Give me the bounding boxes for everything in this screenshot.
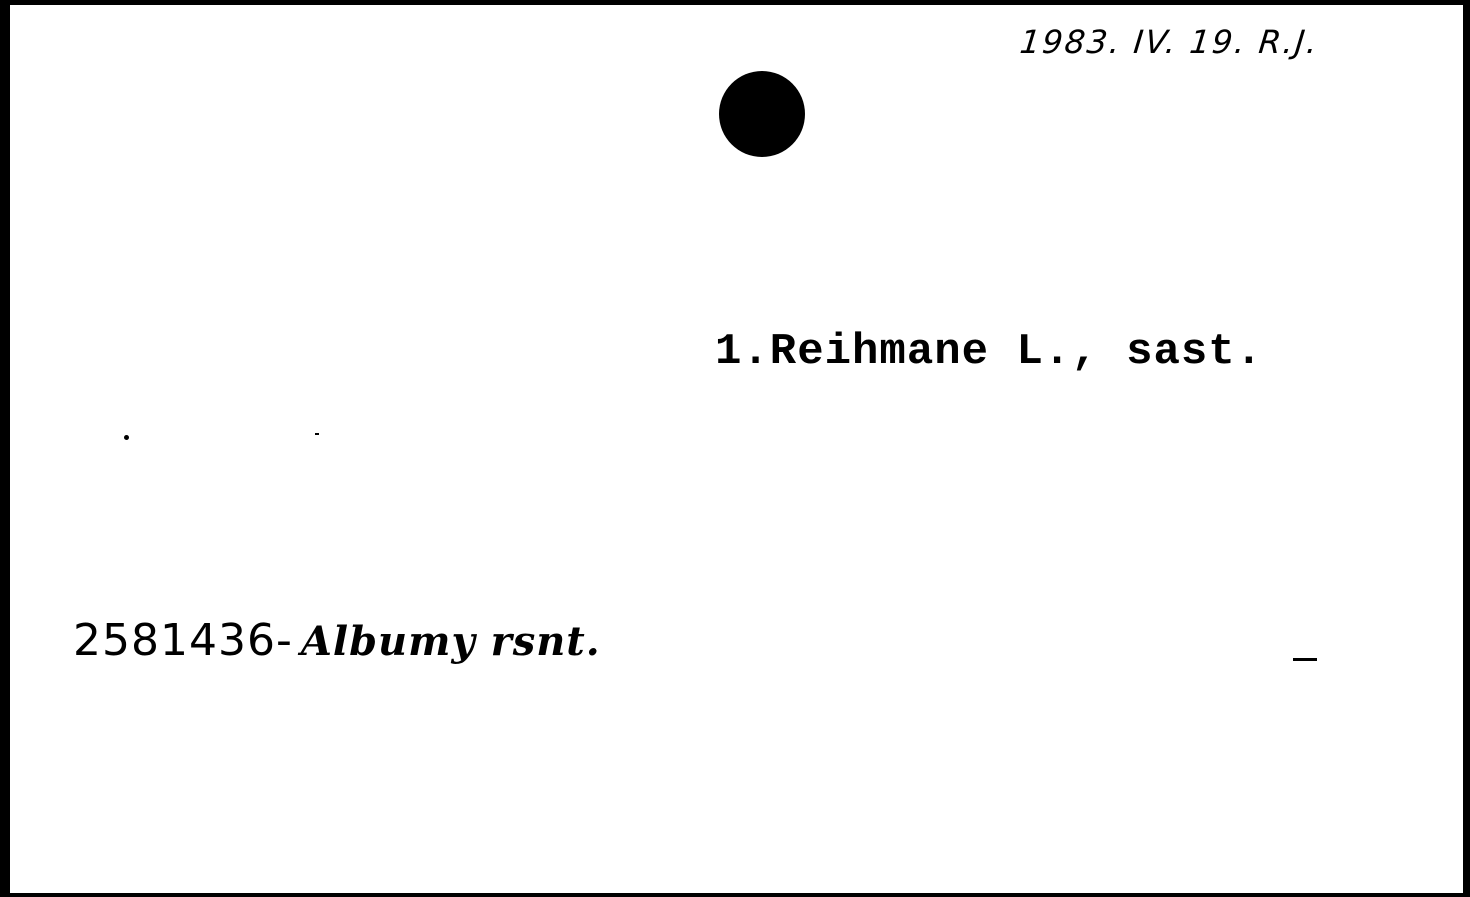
inventory-number: 2581436- [73,615,293,666]
inventory-line: 2581436-Albumy rsnt. [73,615,601,666]
ink-speck [124,435,129,440]
handwritten-date: 1983. IV. 19. R.J. [1018,23,1321,61]
handwritten-note: Albumy rsnt. [301,618,601,665]
dash-mark [1293,658,1317,661]
punch-hole-icon [719,71,805,157]
ink-speck [315,433,319,435]
catalog-card: 1983. IV. 19. R.J. 1.Reihmane L., sast. … [10,5,1463,893]
typed-author-entry: 1.Reihmane L., sast. [715,327,1263,377]
